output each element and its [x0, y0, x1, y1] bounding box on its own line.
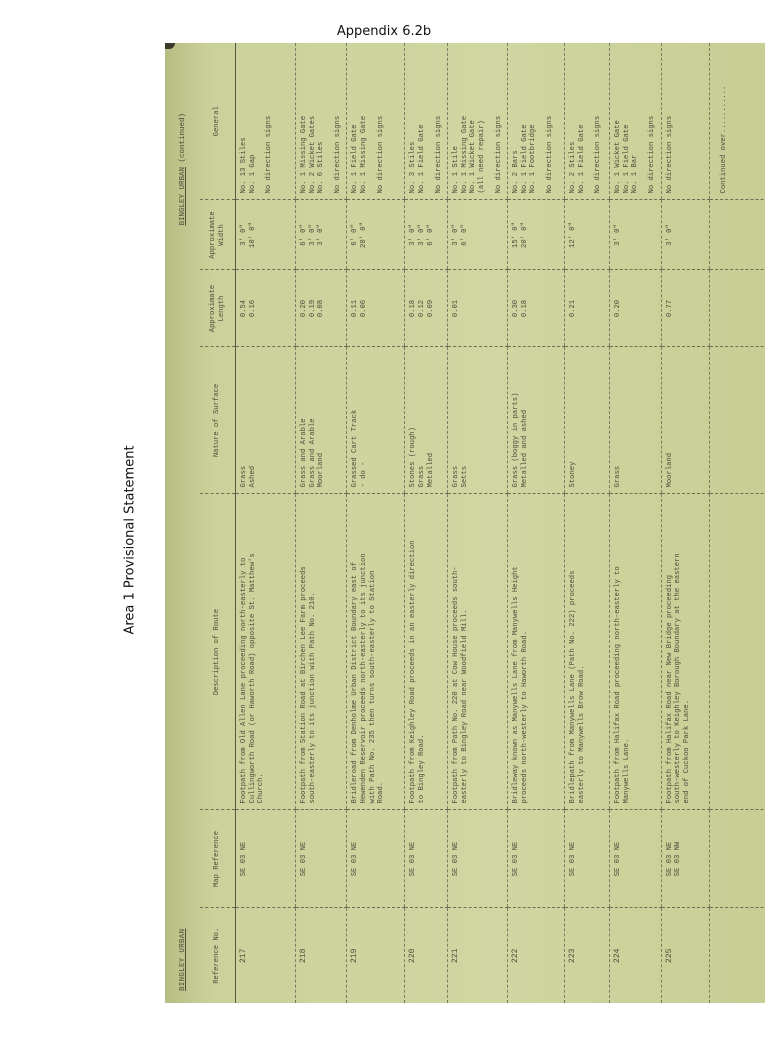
general-cell-line: No direction signs — [265, 49, 274, 194]
description-cell-line: Bridleroad from Denholme Urban District … — [351, 501, 360, 804]
general-cell-line: No direction signs — [666, 49, 675, 194]
width-cell-line: 3' 0" — [240, 207, 249, 264]
surface-cell-line: Grass — [452, 354, 461, 488]
map-reference-cell: SE 03 NE — [296, 810, 347, 908]
surface-cell-line: Setts — [461, 354, 470, 488]
general-cell-line: No. 1 Gap — [249, 49, 258, 194]
general-cell-line: No. 1 Footbridge — [529, 49, 538, 194]
length-cell-line: 0.06 — [360, 277, 369, 341]
length-cell: 0.01 — [448, 270, 508, 347]
length-cell-line: 0.08 — [317, 277, 326, 341]
description-cell-line: Cullingworth Road (or Haworth Road) oppo… — [249, 501, 258, 804]
surface-cell: Grassed Cart Track- do - — [347, 347, 405, 494]
general-cell-line: No. 1 Missing Gate — [360, 49, 369, 194]
general-cell: No direction signs — [661, 43, 709, 200]
description-cell-line: Hewenden Reservoir proceeds north-easter… — [360, 501, 369, 804]
map-reference-cell-line: SE 03 NE — [512, 817, 521, 902]
surface-cell: Stoney — [565, 347, 610, 494]
length-cell: 0.300.18 — [508, 270, 565, 347]
length-cell-line: 0.77 — [666, 277, 675, 341]
length-cell-line: 0.01 — [452, 277, 461, 341]
general-cell: No. 3 StilesNo. 1 Field GateNo direction… — [405, 43, 448, 200]
map-reference-cell: SE 03 NESE 03 NW — [661, 810, 709, 908]
length-cell-line: 0.20 — [300, 277, 309, 341]
width-cell-line: 6' 0" — [351, 207, 360, 264]
map-reference-cell: SE 03 NE — [610, 810, 661, 908]
map-reference-cell-line: SE 03 NE — [614, 817, 623, 902]
description-cell: Bridlepath from Manywells Lane (Path No.… — [565, 494, 610, 810]
general-cell: No. 1 StileNo. 1 Missing GateNo. 1 Wicke… — [448, 43, 508, 200]
length-cell: 0.77 — [661, 270, 709, 347]
surface-cell-line: Grass and Arable — [300, 354, 309, 488]
column-header-general: General — [200, 43, 236, 200]
description-cell-line: to Bingley Road. — [418, 501, 427, 804]
reference-cell: 220 — [405, 908, 448, 1003]
general-cell-line: No. 1 Stile — [452, 49, 461, 194]
scanned-document: BINGLEY URBAN BINGLEY URBAN (continued) … — [165, 43, 765, 1003]
reference-cell: 224 — [610, 908, 661, 1003]
description-cell: Bridleway known as Manywells Lane from M… — [508, 494, 565, 810]
general-cell-line — [326, 49, 334, 194]
surface-cell: Grass — [610, 347, 661, 494]
width-cell-line: 6' 0" — [300, 207, 309, 264]
map-reference-cell: SE 03 NE — [405, 810, 448, 908]
length-cell: 0.20 — [610, 270, 661, 347]
description-cell: Footpath from Old Allen Lane proceeding … — [236, 494, 296, 810]
table-row-blank: Continued over........... — [709, 43, 765, 1003]
surface-cell-line: Grass — [240, 354, 249, 488]
reference-cell: 225 — [661, 908, 709, 1003]
table-row: 220SE 03 NEFootpath from Keighley Road p… — [405, 43, 448, 1003]
general-cell-line: No direction signs — [546, 49, 555, 194]
surface-cell-line: Grass — [418, 354, 427, 488]
general-cell: No. 13 StilesNo. 1 GapNo direction signs — [236, 43, 296, 200]
width-cell-line: 3' 0" — [614, 207, 623, 264]
map-reference-cell: SE 03 NE — [448, 810, 508, 908]
table-row: 218SE 03 NEFootpath from Station Road at… — [296, 43, 347, 1003]
description-cell-line: end of Cuckoo Park Lane. — [683, 501, 692, 804]
length-cell-line: 0.20 — [614, 277, 623, 341]
section-title-strip: BINGLEY URBAN BINGLEY URBAN (continued) — [165, 43, 200, 1003]
general-cell-line: No. 1 Field Gate — [521, 49, 530, 194]
reference-cell: 218 — [296, 908, 347, 1003]
description-cell-line: south-westerly to Keighley Borough Bound… — [674, 501, 683, 804]
section-title-right: BINGLEY URBAN (continued) — [179, 113, 188, 226]
width-cell-line: 12' 0" — [569, 207, 578, 264]
general-cell: No. 1 Field GateNo. 1 Missing GateNo dir… — [347, 43, 405, 200]
general-cell-line: No. 2 Bars — [512, 49, 521, 194]
general-cell-line: No. 1 Wicket Gate — [614, 49, 623, 194]
surface-cell: Moorland — [661, 347, 709, 494]
length-cell-line: 0.11 — [351, 277, 360, 341]
width-cell: 3' 0"10' 0" — [236, 200, 296, 270]
reference-cell: 222 — [508, 908, 565, 1003]
map-reference-cell: SE 03 NE — [347, 810, 405, 908]
description-cell-line: Footpath from Halifax Road near New Brid… — [666, 501, 675, 804]
general-cell-line: No direction signs — [435, 49, 444, 194]
appendix-title: Appendix 6.2b — [0, 24, 768, 39]
general-cell-line — [538, 49, 546, 194]
general-cell: No. 2 StilesNo. 1 Field GateNo direction… — [565, 43, 610, 200]
surface-cell: Grass (boggy in parts)Metalled and ashed — [508, 347, 565, 494]
general-cell-line: (all need repair) — [478, 49, 487, 194]
map-reference-cell: SE 03 NE — [508, 810, 565, 908]
length-cell: 0.180.120.09 — [405, 270, 448, 347]
column-header-description: Description of Route — [200, 494, 236, 810]
column-header-length: Approximate Length — [200, 270, 236, 347]
width-cell: 3' 0" — [610, 200, 661, 270]
description-cell-line: Footpath from Old Allen Lane proceeding … — [240, 501, 249, 804]
empty-cell — [709, 810, 765, 908]
section-title-right-suffix: (continued) — [179, 113, 187, 167]
table-header-row: Reference No. Map Reference Description … — [200, 43, 236, 1003]
general-cell-line: No. 3 Stiles — [409, 49, 418, 194]
reference-cell: 219 — [347, 908, 405, 1003]
general-cell-line: No direction signs — [495, 49, 504, 194]
reference-cell: 217 — [236, 908, 296, 1003]
map-reference-cell-line: SE 03 NW — [674, 817, 683, 902]
description-cell-line: Footpath from Keighley Road proceeds in … — [409, 501, 418, 804]
surface-cell-line: Grass (boggy in parts) — [512, 354, 521, 488]
general-cell-line: No direction signs — [377, 49, 386, 194]
general-cell-line: No. 13 Stiles — [240, 49, 249, 194]
general-cell-line — [369, 49, 377, 194]
surface-cell: Stones (rough)GrassMetalled — [405, 347, 448, 494]
column-header-map-reference: Map Reference — [200, 810, 236, 908]
width-cell-line: 6' 0" — [461, 207, 470, 264]
description-cell-line: Bridleway known as Manywells Lane from M… — [512, 501, 521, 804]
length-cell: 0.540.16 — [236, 270, 296, 347]
surface-cell-line: Metalled and ashed — [521, 354, 530, 488]
continued-note: Continued over........... — [714, 49, 729, 194]
section-title-left: BINGLEY URBAN — [179, 929, 188, 991]
length-cell-line: 0.21 — [569, 277, 578, 341]
general-cell-line: No direction signs — [594, 49, 603, 194]
length-cell-line: 0.54 — [240, 277, 249, 341]
length-cell-line: 0.16 — [249, 277, 258, 341]
surface-cell-line: Metalled — [427, 354, 436, 488]
surface-cell-line: Ashed — [249, 354, 258, 488]
width-cell-line: 3' 0" — [666, 207, 675, 264]
table-row: 221SE 03 NEFootpath from Path No. 220 at… — [448, 43, 508, 1003]
surface-cell-line: Grass — [614, 354, 623, 488]
reference-cell: 221 — [448, 908, 508, 1003]
width-cell: 6' 0"20' 0" — [347, 200, 405, 270]
length-cell: 0.21 — [565, 270, 610, 347]
width-cell: 15' 0"20' 0" — [508, 200, 565, 270]
general-cell-line — [427, 49, 435, 194]
general-cell-line: No. 1 Wicket Gate — [469, 49, 478, 194]
general-cell-line: No. 1 Field Gate — [418, 49, 427, 194]
general-cell-line: No. 1 Field Gate — [578, 49, 587, 194]
description-cell-line: Manywells Lane. — [623, 501, 632, 804]
general-cell-line: No. 1 Field Gate — [351, 49, 360, 194]
description-cell: Bridleroad from Denholme Urban District … — [347, 494, 405, 810]
width-cell-line: 20' 0" — [360, 207, 369, 264]
description-cell: Footpath from Keighley Road proceeds in … — [405, 494, 448, 810]
general-cell-line: No direction signs — [648, 49, 657, 194]
map-reference-cell: SE 03 NE — [565, 810, 610, 908]
width-cell-line: 3' 0" — [452, 207, 461, 264]
width-cell-line: 3' 0" — [317, 207, 326, 264]
column-header-surface: Nature of Surface — [200, 347, 236, 494]
map-reference-cell-line: SE 03 NE — [569, 817, 578, 902]
general-cell-line: No. 1 Missing Gate — [300, 49, 309, 194]
general-cell-line: No. 1 Missing Gate — [461, 49, 470, 194]
general-cell-line — [586, 49, 594, 194]
description-cell-line: with Path No. 235 then turns south-easte… — [369, 501, 378, 804]
surface-cell: GrassAshed — [236, 347, 296, 494]
description-cell-line: easterly to Bingley Road near Woodfield … — [461, 501, 470, 804]
general-cell-line — [257, 49, 265, 194]
rights-of-way-table: Reference No. Map Reference Description … — [200, 43, 765, 1003]
description-cell: Footpath from Halifax Road near New Brid… — [661, 494, 709, 810]
length-cell-line: 0.09 — [427, 277, 436, 341]
description-cell: Footpath from Path No. 220 at Cow House … — [448, 494, 508, 810]
table-row: 219SE 03 NEBridleroad from Denholme Urba… — [347, 43, 405, 1003]
description-cell-line: Bridlepath from Manywells Lane (Path No.… — [569, 501, 578, 804]
side-caption: Area 1 Provisional Statement — [123, 445, 138, 634]
length-cell: 0.200.190.08 — [296, 270, 347, 347]
general-cell-line: No direction signs — [334, 49, 343, 194]
width-cell-line: 15' 0" — [512, 207, 521, 264]
reference-cell: 223 — [565, 908, 610, 1003]
table-row: 222SE 03 NEBridleway known as Manywells … — [508, 43, 565, 1003]
map-reference-cell-line: SE 03 NE — [240, 817, 249, 902]
general-cell: No. 1 Missing GateNo. 2 Wicket GatesNo. … — [296, 43, 347, 200]
width-cell: 12' 0" — [565, 200, 610, 270]
surface-cell-line: Stoney — [569, 354, 578, 488]
general-cell-line: No. 2 Wicket Gates — [309, 49, 318, 194]
length-cell-line: 0.18 — [409, 277, 418, 341]
width-cell: 3' 0" — [661, 200, 709, 270]
description-cell-line: Church. — [257, 501, 266, 804]
length-cell-line: 0.12 — [418, 277, 427, 341]
column-header-reference: Reference No. — [200, 908, 236, 1003]
description-cell-line: south-easterly to its junction with Path… — [309, 501, 318, 804]
width-cell: 3' 0"6' 0" — [448, 200, 508, 270]
table-row: 225SE 03 NESE 03 NWFootpath from Halifax… — [661, 43, 709, 1003]
general-cell-line: No. 1 Field Gate — [623, 49, 632, 194]
surface-cell-line: Stones (rough) — [409, 354, 418, 488]
general-cell-line: No. 6 Stiles — [317, 49, 326, 194]
length-cell-line: 0.30 — [512, 277, 521, 341]
surface-cell: GrassSetts — [448, 347, 508, 494]
map-reference-cell: SE 03 NE — [236, 810, 296, 908]
width-cell-line: 6' 0" — [427, 207, 436, 264]
empty-cell — [709, 494, 765, 810]
general-cell-line — [487, 49, 495, 194]
table-row: 223SE 03 NEBridlepath from Manywells Lan… — [565, 43, 610, 1003]
general-cell-line — [640, 49, 648, 194]
width-cell: 6' 0"3' 0"3' 0" — [296, 200, 347, 270]
description-cell-line: Footpath from Halifax Road proceeding no… — [614, 501, 623, 804]
length-cell-line: 0.18 — [521, 277, 530, 341]
empty-cell — [709, 200, 765, 270]
map-reference-cell-line: SE 03 NE — [351, 817, 360, 902]
length-cell: 0.110.06 — [347, 270, 405, 347]
general-cell-line: No. 1 Bar — [631, 49, 640, 194]
surface-cell: Grass and ArableGrass and ArableMoorland — [296, 347, 347, 494]
description-cell: Footpath from Station Road at Birchen Le… — [296, 494, 347, 810]
section-title-right-main: BINGLEY URBAN — [179, 167, 187, 226]
empty-cell — [709, 908, 765, 1003]
description-cell-line: Footpath from Station Road at Birchen Le… — [300, 501, 309, 804]
description-cell-line: Footpath from Path No. 220 at Cow House … — [452, 501, 461, 804]
surface-cell-line: Moorland — [666, 354, 675, 488]
map-reference-cell-line: SE 03 NE — [666, 817, 675, 902]
surface-cell-line: Grass and Arable — [309, 354, 318, 488]
empty-cell — [709, 270, 765, 347]
general-cell: No. 1 Wicket GateNo. 1 Field GateNo. 1 B… — [610, 43, 661, 200]
table-row: 217SE 03 NEFootpath from Old Allen Lane … — [236, 43, 296, 1003]
description-cell-line: easterly to Manywells Brow Road. — [578, 501, 587, 804]
description-cell: Footpath from Halifax Road proceeding no… — [610, 494, 661, 810]
general-cell-line: No. 2 Stiles — [569, 49, 578, 194]
column-header-width: Approximate Width — [200, 200, 236, 270]
map-reference-cell-line: SE 03 NE — [300, 817, 309, 902]
description-cell-line: Road. — [377, 501, 386, 804]
empty-cell — [709, 347, 765, 494]
width-cell-line: 10' 0" — [249, 207, 258, 264]
width-cell-line: 3' 0" — [418, 207, 427, 264]
width-cell-line: 20' 0" — [521, 207, 530, 264]
empty-cell: Continued over........... — [709, 43, 765, 200]
surface-cell-line: - do - — [360, 354, 369, 488]
description-cell-line: proceeds north-westerly to Haworth Road. — [521, 501, 530, 804]
width-cell-line: 3' 0" — [309, 207, 318, 264]
table-row: 224SE 03 NEFootpath from Halifax Road pr… — [610, 43, 661, 1003]
map-reference-cell-line: SE 03 NE — [452, 817, 461, 902]
general-cell: No. 2 BarsNo. 1 Field GateNo. 1 Footbrid… — [508, 43, 565, 200]
surface-cell-line: Moorland — [317, 354, 326, 488]
length-cell-line: 0.19 — [309, 277, 318, 341]
rotated-sheet: BINGLEY URBAN BINGLEY URBAN (continued) … — [165, 43, 765, 1003]
width-cell-line: 3' 0" — [409, 207, 418, 264]
width-cell: 3' 0"3' 0"6' 0" — [405, 200, 448, 270]
map-reference-cell-line: SE 03 NE — [409, 817, 418, 902]
surface-cell-line: Grassed Cart Track — [351, 354, 360, 488]
